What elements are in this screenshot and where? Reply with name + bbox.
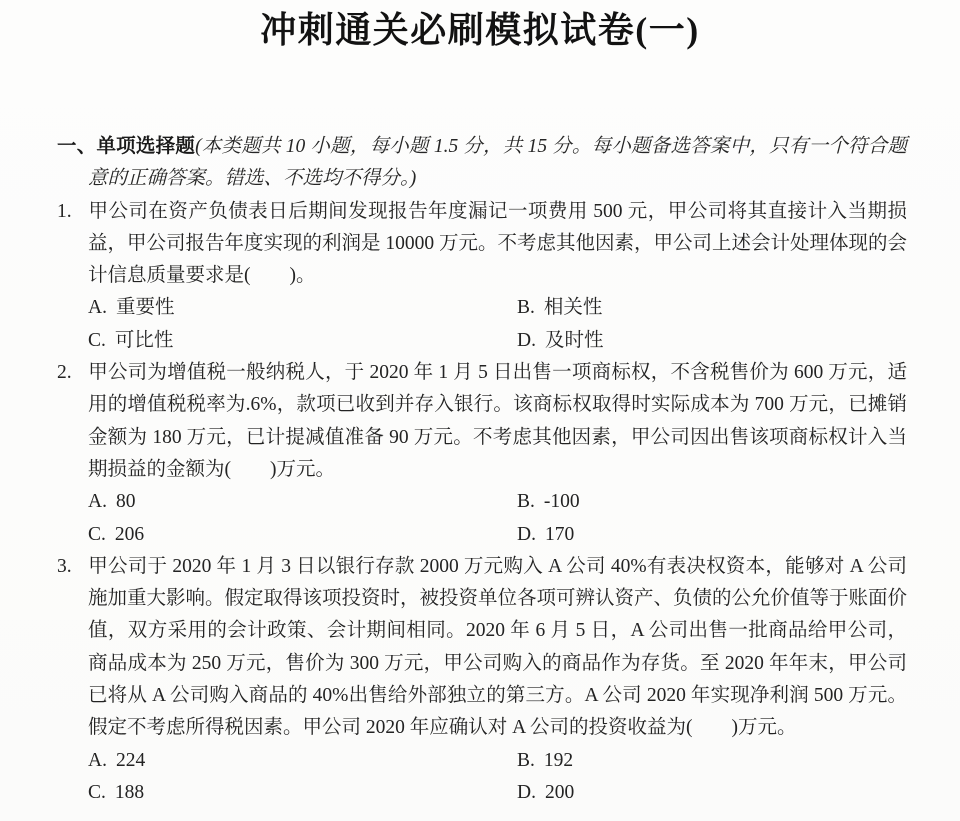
option-2-d: D.170: [517, 519, 907, 551]
option-2-b-label: B.: [517, 491, 535, 512]
option-1-b: B.相关性: [517, 292, 907, 324]
option-1-b-text: 相关性: [544, 297, 603, 318]
question-1-stem: 甲公司在资产负债表日后期间发现报告年度漏记一项费用 500 元，甲公司将其直接计…: [88, 201, 907, 287]
exam-paper-page: 冲刺通关必刷模拟试卷(一) 一、单项选择题(本类题共 10 小题，每小题 1.5…: [0, 0, 960, 821]
option-3-b: B.192: [517, 745, 907, 777]
question-1-number: 1.: [57, 196, 88, 228]
option-3-c-label: C.: [88, 782, 106, 803]
option-2-a: A.80: [88, 486, 517, 518]
question-2-number: 2.: [57, 357, 88, 389]
option-1-d: D.及时性: [517, 325, 907, 357]
option-2-d-label: D.: [517, 524, 536, 545]
option-2-b-text: -100: [544, 491, 580, 512]
question-2-options: A.80 B.-100 C.206 D.170: [88, 486, 907, 551]
section-header: 一、单项选择题(本类题共 10 小题，每小题 1.5 分，共 15 分。每小题备…: [57, 130, 907, 196]
option-2-a-text: 80: [116, 491, 136, 512]
option-2-c: C.206: [88, 519, 517, 551]
section-heading: 一、单项选择题: [57, 135, 195, 157]
page-title: 冲刺通关必刷模拟试卷(一): [0, 0, 960, 54]
option-2-c-text: 206: [115, 524, 144, 545]
option-3-a-label: A.: [88, 750, 107, 771]
option-1-b-label: B.: [517, 297, 535, 318]
option-3-c: C.188: [88, 777, 517, 809]
question-1: 1.甲公司在资产负债表日后期间发现报告年度漏记一项费用 500 元，甲公司将其直…: [57, 196, 907, 293]
section-note: (本类题共 10 小题，每小题 1.5 分，共 15 分。每小题备选答案中，只有…: [88, 136, 907, 189]
question-3-stem: 甲公司于 2020 年 1 月 3 日以银行存款 2000 万元购入 A 公司 …: [88, 556, 907, 738]
question-3-options: A.224 B.192 C.188 D.200: [88, 745, 907, 810]
option-2-c-label: C.: [88, 524, 106, 545]
option-1-a-text: 重要性: [116, 297, 175, 318]
question-3: 3.甲公司于 2020 年 1 月 3 日以银行存款 2000 万元购入 A 公…: [57, 551, 907, 745]
option-3-d-text: 200: [545, 782, 574, 803]
option-3-c-text: 188: [115, 782, 144, 803]
option-2-d-text: 170: [545, 524, 574, 545]
option-3-d-label: D.: [517, 782, 536, 803]
option-1-c-text: 可比性: [115, 330, 174, 351]
option-3-b-label: B.: [517, 750, 535, 771]
option-3-b-text: 192: [544, 750, 573, 771]
option-1-a-label: A.: [88, 297, 107, 318]
option-3-a: A.224: [88, 745, 517, 777]
option-1-d-text: 及时性: [545, 330, 604, 351]
option-3-d: D.200: [517, 777, 907, 809]
option-1-d-label: D.: [517, 330, 536, 351]
question-2: 2.甲公司为增值税一般纳税人，于 2020 年 1 月 5 日出售一项商标权，不…: [57, 357, 907, 486]
option-1-c-label: C.: [88, 330, 106, 351]
option-1-c: C.可比性: [88, 325, 517, 357]
question-2-stem: 甲公司为增值税一般纳税人，于 2020 年 1 月 5 日出售一项商标权，不含税…: [88, 362, 907, 480]
option-2-b: B.-100: [517, 486, 907, 518]
question-3-number: 3.: [57, 551, 88, 583]
option-2-a-label: A.: [88, 491, 107, 512]
exam-content: 一、单项选择题(本类题共 10 小题，每小题 1.5 分，共 15 分。每小题备…: [57, 130, 907, 809]
option-1-a: A.重要性: [88, 292, 517, 324]
question-1-options: A.重要性 B.相关性 C.可比性 D.及时性: [88, 292, 907, 357]
option-3-a-text: 224: [116, 750, 145, 771]
